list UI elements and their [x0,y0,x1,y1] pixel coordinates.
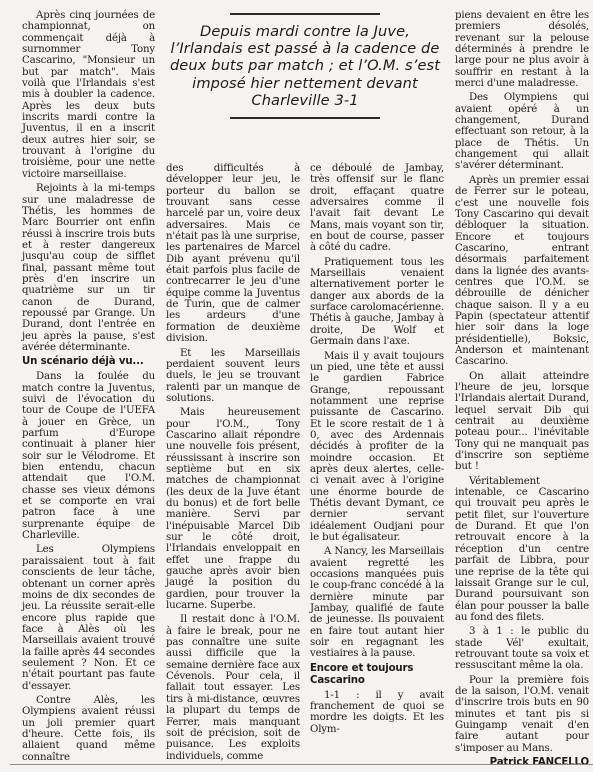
headline-box: Depuis mardi contre la Juve, l’Irlandais… [166,13,444,119]
article-column-2: des difficultés à développer leur jeu, l… [166,163,300,765]
paragraph: 3 à 1 : le public du stade Vél' exultait… [455,626,589,671]
paragraph: Contre Alès, les Olympiens avaient réuss… [22,695,155,763]
paragraph: Mais il y avait toujours un pied, une tê… [310,351,444,544]
paragraph: A Nancy, les Marseillais avaient regrett… [310,546,444,659]
paragraph: Mais heureusement pour l'O.M., Tony Casc… [166,407,300,611]
paragraph: des difficultés à développer leur jeu, l… [166,163,300,345]
page-bottom-rule [10,764,593,765]
article-column-4: piens devaient en être les premiers déso… [455,10,589,768]
paragraph: Il restait donc à l'O.M. à faire le brea… [166,614,300,761]
paragraph: ce déboulé de Jambay, très offensif sur … [310,163,444,254]
paragraph: Les Olympiens paraissaient tout à fait c… [22,544,155,691]
paragraph: Après un premier essai de Ferrer sur le … [455,175,589,368]
headline-top-rule [230,13,380,15]
paragraph: Des Olympiens qui avaient opéré à un cha… [455,92,589,171]
paragraph: Véritablement intenable, ce Cascarino qu… [455,476,589,623]
paragraph: piens devaient en être les premiers déso… [455,10,589,89]
newspaper-page: Depuis mardi contre la Juve, l’Irlandais… [0,0,593,772]
paragraph: 1-1 : il y avait franchement de quoi se … [310,690,444,735]
paragraph: Après cinq journées de championnat, on c… [22,10,155,180]
author-byline: Patrick FANCELLO [455,757,589,768]
headline-bottom-rule [230,117,380,119]
paragraph: Rejoints à la mi-temps sur une maladress… [22,183,155,353]
subheading: Un scénario déjà vu... [22,356,155,368]
paragraph: Pour la première fois de la saison, l'O.… [455,675,589,754]
article-column-3: ce déboulé de Jambay, très offensif sur … [310,163,444,738]
paragraph: On allait atteindre l'heure de jeu, lors… [455,371,589,473]
article-column-1: Après cinq journées de championnat, on c… [22,10,155,766]
headline: Depuis mardi contre la Juve, l’Irlandais… [166,23,444,109]
paragraph: Pratiquement tous les Marseillais venaie… [310,257,444,348]
paragraph: Dans la foulée du match contre la Juvent… [22,371,155,541]
subheading: Encore et toujours Cascarino [310,663,444,687]
paragraph: Et les Marseillais perdaient souvent leu… [166,348,300,405]
